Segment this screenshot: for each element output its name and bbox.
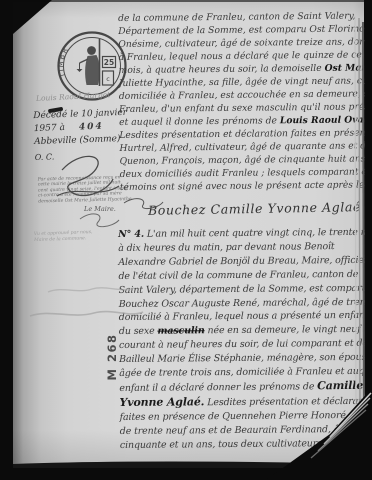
act1-line-pre: et auquel il donne les prénoms de xyxy=(119,115,280,128)
death-note-line2: 1957 à xyxy=(34,122,66,136)
act2-line: Saint Valery, département de la Somme, e… xyxy=(118,282,360,298)
act-number: N° 4. xyxy=(118,229,144,240)
stamp-value: 25 xyxy=(104,58,114,67)
act2-line: cinquante et un ans, tous deux cultivate… xyxy=(120,436,362,452)
birth-act-2-text: N° 4. L'an mil huit cent quatre vingt ci… xyxy=(118,226,362,453)
act2-line-pre: du sexe xyxy=(119,326,158,337)
act1-line: témoins ont signé avec nous le présent a… xyxy=(120,178,364,194)
svg-text:TIMBRE: TIMBRE xyxy=(55,29,71,79)
faint-verification-note: Vu et approuvé par nous, Maire de la com… xyxy=(34,230,93,243)
stamp-unit: c xyxy=(106,75,110,83)
act2-line: de trente neuf ans et de Beaurain Ferdin… xyxy=(120,423,362,439)
mayor-signoff: Le Maire. xyxy=(84,205,116,213)
act2-line-post: née en sa demeure, le vingt neuf xyxy=(205,324,361,336)
act2-line-post: Lesdites présentation et déclaration xyxy=(204,396,372,408)
archive-number-stamp: M 268 xyxy=(105,331,119,383)
act1-line-pre: mois, à quatre heures du soir, la demois… xyxy=(119,63,325,76)
child-given-names: Louis Raoul Ovale. xyxy=(280,114,372,126)
death-note-ref-number: 404 xyxy=(79,121,104,135)
child-given-name-part2: Yvonne Aglaé. xyxy=(119,395,204,409)
stamp-ring-label: TIMBRE xyxy=(55,29,71,79)
birth-act-1-text: de la commune de Franleu, canton de Sain… xyxy=(118,9,364,194)
mother-name-overwritten: Ost Marie xyxy=(324,62,372,74)
child-given-name-part1: Camille xyxy=(317,379,363,392)
struck-word: masculin xyxy=(157,326,204,337)
register-photo: TIMBRE 25 c Louis Raoul Hargot Décédé le… xyxy=(0,0,372,480)
act2-line-text: L'an mil huit cent quatre vingt cinq, le… xyxy=(144,227,372,240)
act2-line-pre: enfant il a déclaré donner les prénoms d… xyxy=(119,381,317,394)
